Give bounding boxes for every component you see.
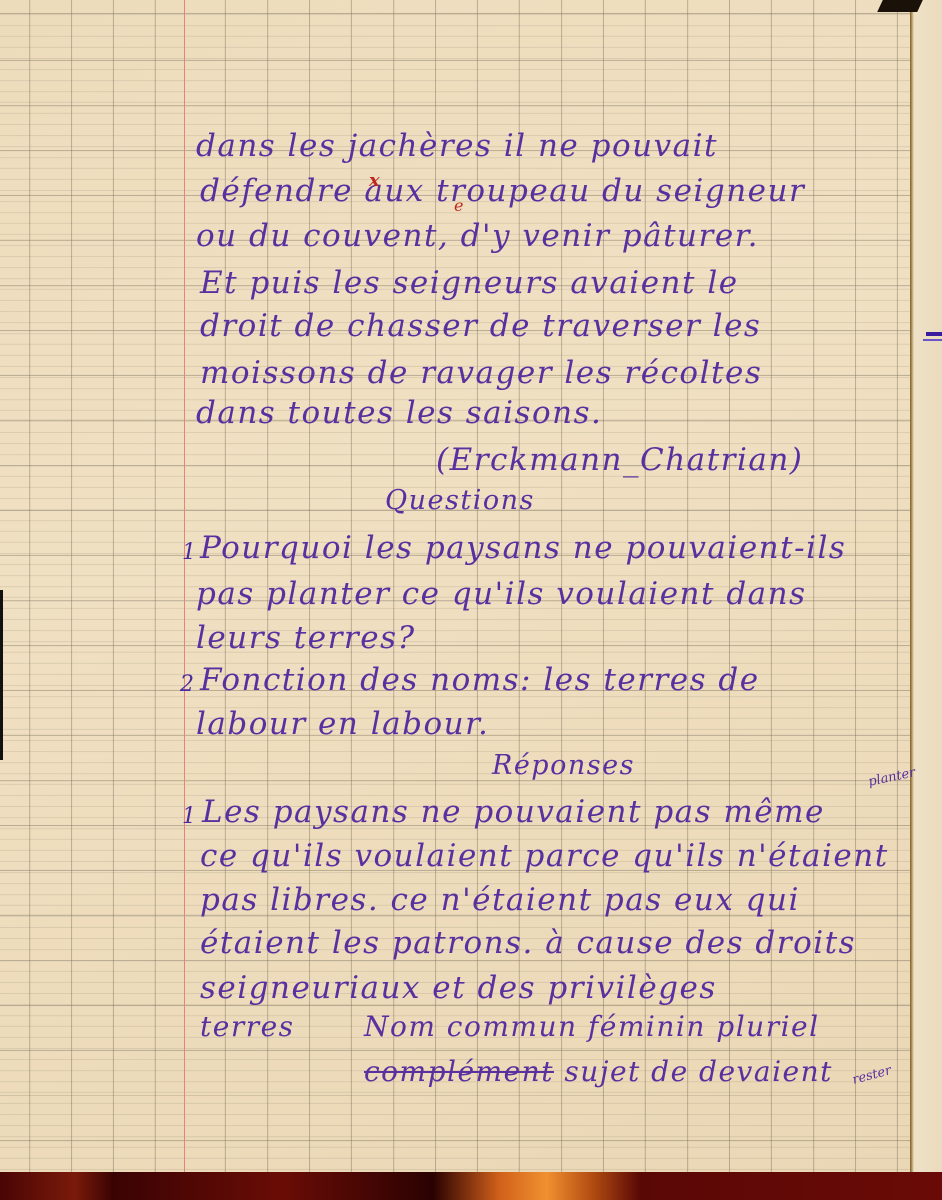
answer-1-line-1: Les paysans ne pouvaient pas même <box>202 794 825 830</box>
question-number-2: 2 <box>180 672 194 697</box>
page-edge-shadow <box>0 590 3 760</box>
red-correction-aux: x <box>369 170 381 191</box>
author-attribution: (Erckmann_Chatrian) <box>436 442 803 478</box>
answers-heading: Réponses <box>492 750 635 781</box>
binding-ink-mark-2 <box>923 339 942 341</box>
question-1-line-3: leurs terres? <box>196 620 416 656</box>
answer-1-line-2: ce qu'ils voulaient parce qu'ils n'étaie… <box>200 838 889 874</box>
questions-heading: Questions <box>385 485 535 516</box>
notebook-binding <box>910 0 942 1172</box>
answer-1-line-3: pas libres. ce n'étaient pas eux qui <box>200 882 800 918</box>
question-number-1: 1 <box>182 540 196 565</box>
answer-number-1: 1 <box>182 804 196 829</box>
question-2-line-1: Fonction des noms: les terres de <box>200 662 760 698</box>
text-line-1: dans les jachères il ne pouvait <box>196 128 718 164</box>
text-line-2: défendre aux troupeau du seigneur <box>200 173 805 209</box>
analysis-line-1: Nom commun féminin pluriel <box>364 1010 820 1043</box>
red-correction-couvent: e <box>454 196 465 215</box>
red-margin-line <box>184 0 185 1172</box>
analysis-line-2-rest: sujet de devaient <box>564 1055 833 1088</box>
text-line-6: moissons de ravager les récoltes <box>200 355 762 391</box>
text-line-7: dans toutes les saisons. <box>196 395 602 431</box>
background-surface <box>0 1172 942 1200</box>
text-line-4: Et puis les seigneurs avaient le <box>200 265 739 301</box>
answer-1-line-5: seigneuriaux et des privilèges <box>200 970 717 1006</box>
struck-word: complément <box>364 1055 554 1088</box>
question-1-line-2: pas planter ce qu'ils voulaient dans <box>196 576 807 612</box>
question-1-line-1: Pourquoi les paysans ne pouvaient-ils <box>200 530 846 566</box>
text-line-5: droit de chasser de traverser les <box>200 308 761 344</box>
analysis-line-2: complément sujet de devaient <box>364 1055 833 1088</box>
answer-1-line-4: étaient les patrons. à cause des droits <box>200 925 856 961</box>
text-line-3: ou du couvent, d'y venir pâturer. <box>196 218 759 254</box>
binding-shadow <box>877 0 923 12</box>
analysis-word: terres <box>200 1010 295 1043</box>
question-2-line-2: labour en labour. <box>196 706 489 742</box>
binding-ink-mark <box>926 332 942 336</box>
